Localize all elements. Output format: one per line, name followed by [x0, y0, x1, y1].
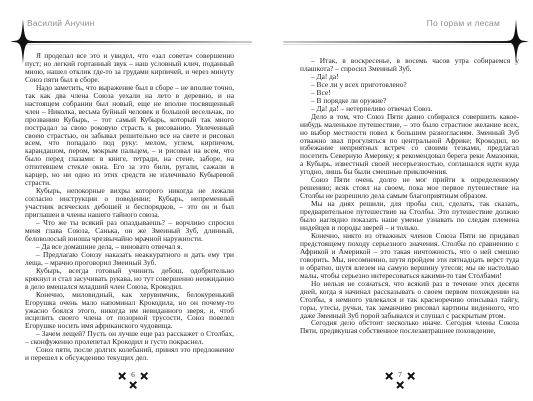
page-number: 7	[398, 370, 402, 379]
paragraph: Конечно, никто из отважных членов Союза …	[300, 232, 519, 280]
paragraph: Но нельзя не сознаться, что всякий раз в…	[300, 280, 519, 320]
running-head-title: По горам и лесам	[427, 18, 500, 28]
paragraph: – Все ли у всех приготовлено?	[300, 81, 519, 89]
paragraph: Кубырь, всегда готовый учинить дебош, од…	[25, 267, 234, 291]
page-text-left: Я проделал все это и увидел, что «зал со…	[25, 52, 234, 362]
paragraph: Конечно, миловидный, как херувимчик, бел…	[25, 291, 234, 331]
running-head-author: Василий Анучин	[27, 18, 95, 28]
page-footer-right: 7	[267, 371, 533, 388]
paragraph: – Предлагаю Союзу наказать неаккуратного…	[25, 251, 234, 267]
x-ornament-icon	[385, 372, 392, 379]
x-ornament-icon	[141, 372, 148, 379]
x-ornament-icon	[130, 381, 137, 388]
paragraph: – Что же ты всякий раз опаздываешь? – во…	[25, 219, 234, 243]
paragraph: Союз пяти, после долгих колебаний, приня…	[25, 346, 234, 362]
book-spread: Василий Анучин Я проделал все это и увид…	[0, 0, 533, 401]
page-text-right: – Итак, в воскресенье, в восемь часов ут…	[300, 57, 519, 335]
paragraph: Я проделал все это и увидел, что «зал со…	[25, 52, 234, 84]
paragraph: Надо заметить, что выражение был в сборе…	[25, 84, 234, 187]
paragraph: Союз Пяти очень долго не мог прийти к оп…	[300, 176, 519, 200]
paragraph: Мы на днях решили, для пробы сил, сделат…	[300, 200, 519, 232]
page-right: По горам и лесам – Итак, в воскресенье, …	[267, 0, 533, 401]
footer-ornament-row: 7	[385, 371, 415, 380]
page-footer-left: 6	[0, 371, 266, 388]
page-number: 6	[131, 370, 135, 379]
header-rule	[283, 41, 517, 43]
paragraph: – Итак, в воскресенье, в восемь часов ут…	[300, 57, 519, 73]
paragraph: – Зачем лещей? Пусть он лучше еще раз ра…	[25, 330, 234, 346]
x-ornament-icon	[408, 372, 415, 379]
x-ornament-icon	[118, 372, 125, 379]
paragraph: Дело в том, что Союз Пяти давно собиралс…	[300, 113, 519, 177]
x-ornament-icon	[397, 381, 404, 388]
paragraph: Кубырь, непокорные вихры которого никогд…	[25, 187, 234, 219]
header-rule	[22, 41, 252, 43]
page-left: Василий Анучин Я проделал все это и увид…	[0, 0, 266, 401]
footer-ornament-row: 6	[118, 371, 148, 380]
paragraph: Сегодня дело обстоит несколько иначе. Се…	[300, 319, 519, 335]
